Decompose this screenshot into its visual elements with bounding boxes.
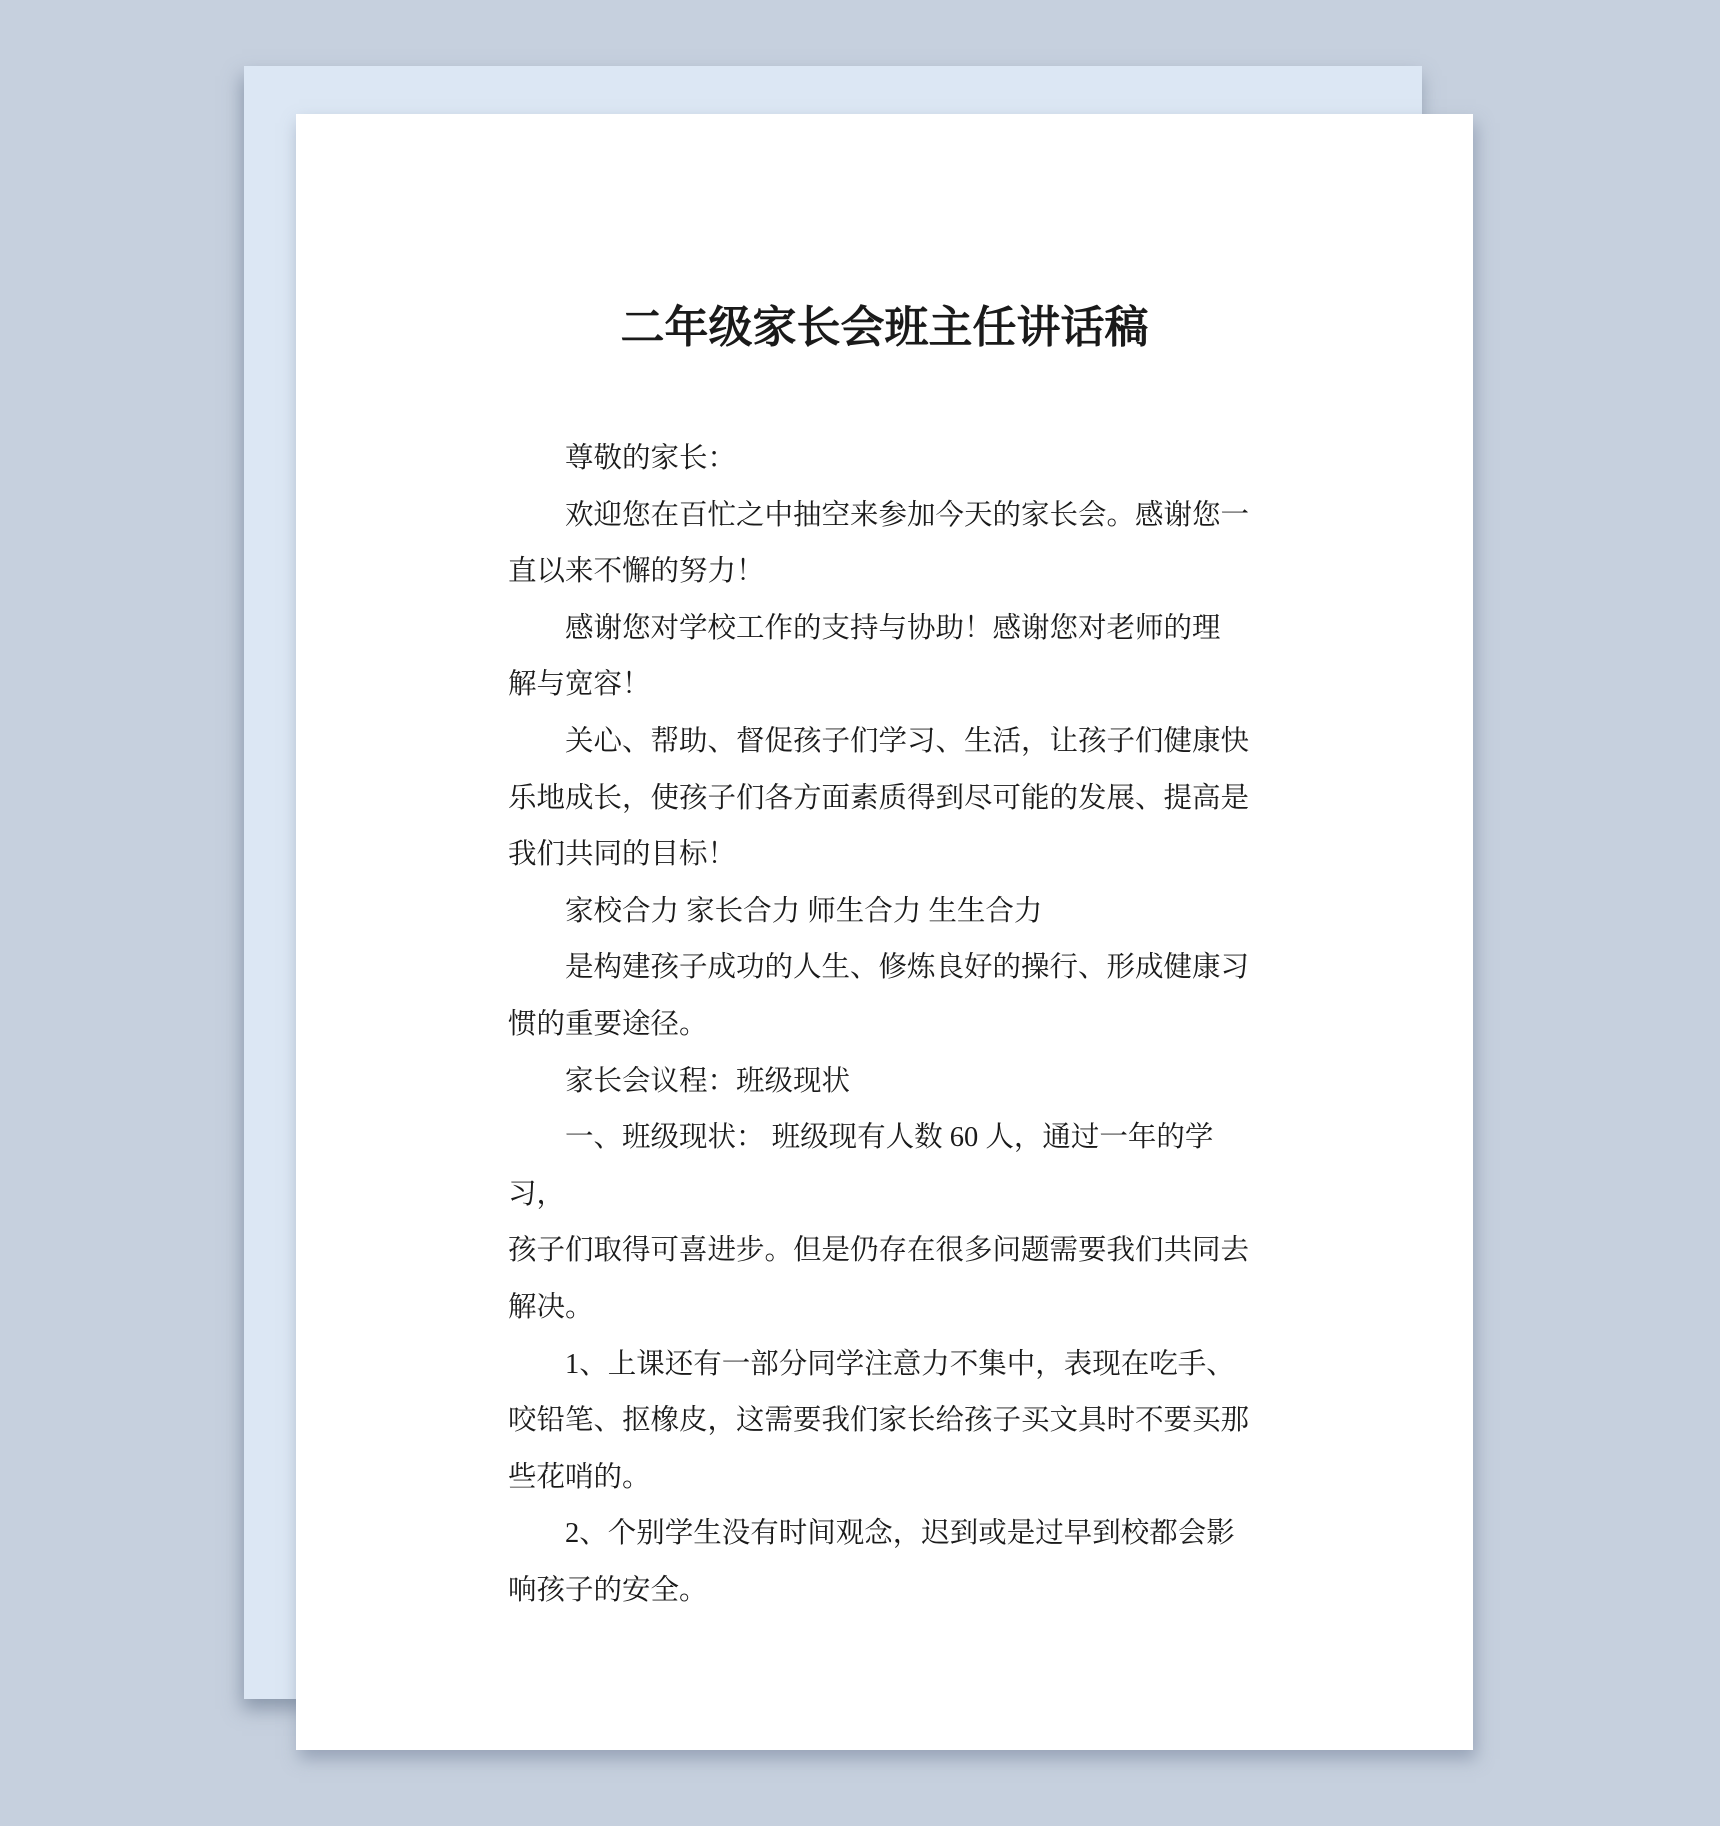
text-line: 孩子们取得可喜进步。但是仍存在很多问题需要我们共同去	[508, 1223, 1254, 1280]
document-body: 尊敬的家长：欢迎您在百忙之中抽空来参加今天的家长会。感谢您一直以来不懈的努力！感…	[508, 431, 1254, 1619]
text-line: 关心、帮助、督促孩子们学习、生活，让孩子们健康快	[508, 714, 1254, 771]
text-line: 家长会议程：班级现状	[508, 1054, 1254, 1111]
text-line: 响孩子的安全。	[508, 1563, 1254, 1620]
text-line: 1、上课还有一部分同学注意力不集中，表现在吃手、	[508, 1337, 1254, 1394]
text-line: 直以来不懈的努力！	[508, 544, 1254, 601]
text-line: 咬铅笔、抠橡皮，这需要我们家长给孩子买文具时不要买那	[508, 1393, 1254, 1450]
text-line: 解与宽容！	[508, 657, 1254, 714]
text-line: 解决。	[508, 1280, 1254, 1337]
text-line: 尊敬的家长：	[508, 431, 1254, 488]
text-line: 欢迎您在百忙之中抽空来参加今天的家长会。感谢您一	[508, 488, 1254, 545]
text-line: 是构建孩子成功的人生、修炼良好的操行、形成健康习	[508, 940, 1254, 997]
text-line: 感谢您对学校工作的支持与协助！感谢您对老师的理	[508, 601, 1254, 658]
text-line: 乐地成长，使孩子们各方面素质得到尽可能的发展、提高是	[508, 771, 1254, 828]
text-line: 惯的重要途径。	[508, 997, 1254, 1054]
text-line: 一、班级现状： 班级现有人数 60 人，通过一年的学习，	[508, 1110, 1254, 1223]
text-line: 我们共同的目标！	[508, 827, 1254, 884]
document-title: 二年级家长会班主任讲话稿	[296, 301, 1473, 354]
text-line: 家校合力 家长合力 师生合力 生生合力	[508, 884, 1254, 941]
document-page: 二年级家长会班主任讲话稿 尊敬的家长：欢迎您在百忙之中抽空来参加今天的家长会。感…	[296, 114, 1473, 1750]
text-line: 些花哨的。	[508, 1450, 1254, 1507]
text-line: 2、个别学生没有时间观念，迟到或是过早到校都会影	[508, 1506, 1254, 1563]
